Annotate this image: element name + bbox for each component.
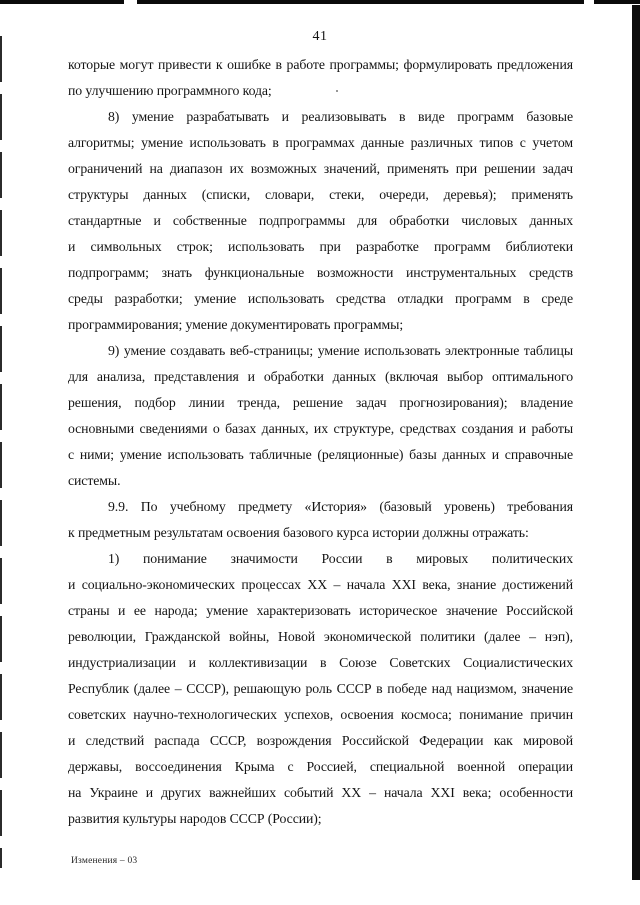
text-line: 8) умение разрабатывать и реализовывать … (68, 104, 573, 130)
text-line: 9.9. По учебному предмету «История» (баз… (68, 494, 573, 520)
text-block: которые могут привести к ошибке в работе… (68, 52, 573, 832)
text-line: системы. (68, 468, 573, 494)
text-line: революции, Гражданской войны, Новой экон… (68, 624, 573, 650)
text-line: с ними; умение использовать табличные (р… (68, 442, 573, 468)
text-line: ограничений на диапазон их возможных зна… (68, 156, 573, 182)
text-line: на Украине и других важнейших событий XX… (68, 780, 573, 806)
page-number: 41 (0, 29, 640, 45)
text-line: и символьных строк; использовать при раз… (68, 234, 573, 260)
scan-edge-top (0, 0, 640, 4)
text-line: и социально-экономических процессах XX –… (68, 572, 573, 598)
text-line: державы, воссоединения Крыма с Россией, … (68, 754, 573, 780)
scan-edge-right (632, 5, 640, 880)
text-line: которые могут привести к ошибке в работе… (68, 52, 573, 78)
text-line: 1) понимание значимости России в мировых… (68, 546, 573, 572)
text-line: среды разработки; умение использовать ср… (68, 286, 573, 312)
text-line: Республик (далее – СССР), решающую роль … (68, 676, 573, 702)
text-line: структуры данных (списки, словари, стеки… (68, 182, 573, 208)
document-page: 41 которые могут привести к ошибке в раб… (0, 0, 640, 905)
text-line: программирования; умение документировать… (68, 312, 573, 338)
text-line: индустриализации и коллективизации в Сою… (68, 650, 573, 676)
text-line: страны и ее народа; умение характеризова… (68, 598, 573, 624)
footer-revision-label: Изменения – 03 (71, 856, 137, 866)
text-line: развития культуры народов СССР (России); (68, 806, 573, 832)
text-line: к предметным результатам освоения базово… (68, 520, 573, 546)
text-line: стандартные и собственные подпрограммы д… (68, 208, 573, 234)
text-line: основными сведениями о базах данных, их … (68, 416, 573, 442)
text-line: алгоритмы; умение использовать в програм… (68, 130, 573, 156)
text-line: 9) умение создавать веб-страницы; умение… (68, 338, 573, 364)
text-line: по улучшению программного кода; (68, 78, 573, 104)
text-line: для анализа, представления и обработки д… (68, 364, 573, 390)
text-line: подпрограмм; знать функциональные возмож… (68, 260, 573, 286)
scan-edge-top-gap (584, 0, 594, 4)
text-line: советских научно-технологических успехов… (68, 702, 573, 728)
scan-edge-left (0, 36, 2, 868)
text-line: и следствий распада СССР, возрождения Ро… (68, 728, 573, 754)
scan-edge-top-gap (124, 0, 137, 4)
text-line: решения, подбор линии тренда, решение за… (68, 390, 573, 416)
